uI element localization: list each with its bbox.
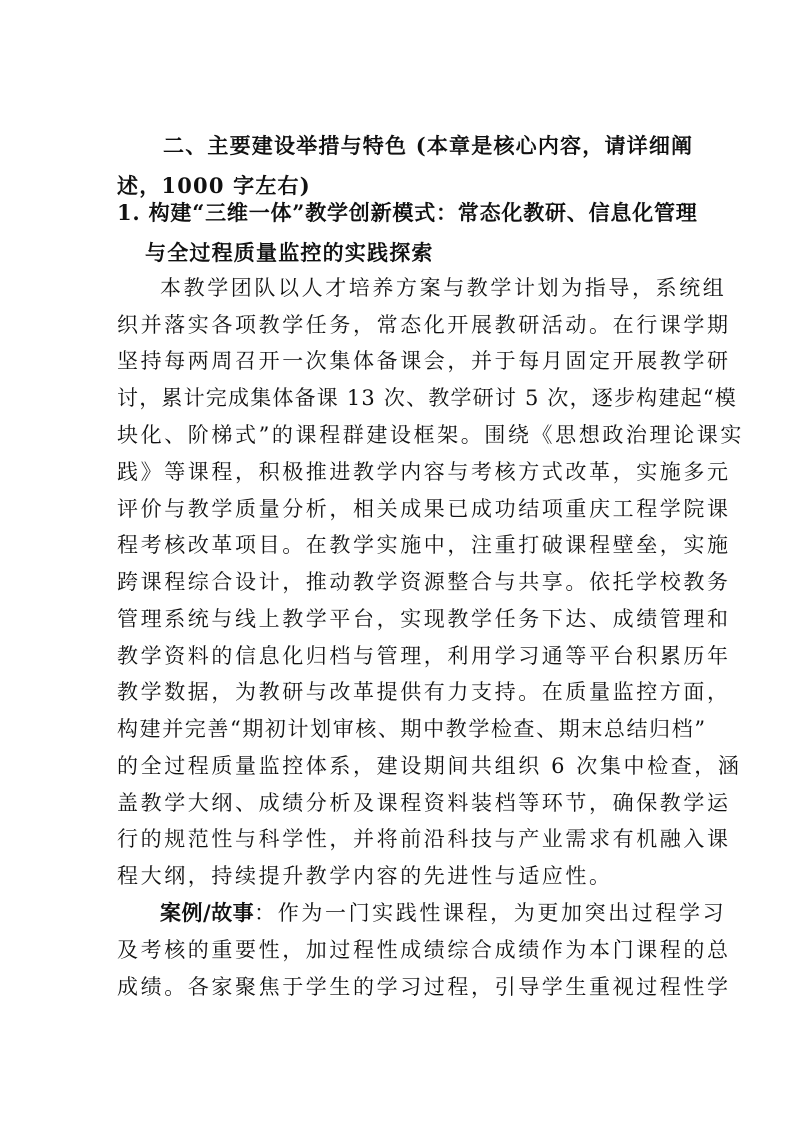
paragraph-line: 块化、阶梯式”的课程群建设框架。围绕《思想政治理论课实 (117, 422, 677, 448)
case-line: 及考核的重要性，加过程性成绩综合成绩作为本门课程的总 (117, 937, 677, 963)
paragraph-line: 构建并完善“期初计划审核、期中教学检查、期末总结归档” (117, 716, 677, 742)
paragraph-line: 评价与教学质量分析，相关成果已成功结项重庆工程学院课 (117, 496, 677, 522)
paragraph-line: 本教学团队以人才培养方案与教学计划为指导，系统组 (160, 275, 720, 301)
paragraph-line: 的全过程质量监控体系，建设期间共组织 6 次集中检查，涵 (117, 753, 677, 779)
paragraph-line: 管理系统与线上教学平台，实现教学任务下达、成绩管理和 (117, 606, 677, 632)
case-text: 作为一门实践性课程，为更加突出过程学习 (278, 901, 726, 925)
section-title-line-2: 与全过程质量监控的实践探索 (145, 240, 705, 266)
paragraph-line: 程大纲，持续提升教学内容的先进性与适应性。 (117, 863, 677, 889)
paragraph-line: 织并落实各项教学任务，常态化开展教研活动。在行课学期 (117, 312, 677, 338)
section-title-line-1: 1. 构建“三维一体”教学创新模式：常态化教研、信息化管理 (117, 200, 677, 226)
chapter-heading-line-2: 述，1000 字左右) (117, 173, 677, 199)
paragraph-line: 讨，累计完成集体备课 13 次、教学研讨 5 次，逐步构建起“模 (117, 385, 677, 411)
case-label: 案例/故事 (160, 900, 254, 925)
document-page: 二、主要建设举措与特色 (本章是核心内容，请详细阐 述，1000 字左右) 1.… (0, 0, 793, 1122)
case-line: 成绩。各家聚焦于学生的学习过程，引导学生重视过程性学 (117, 974, 677, 1000)
case-line-1: 案例/故事：作为一门实践性课程，为更加突出过程学习 (160, 900, 720, 926)
paragraph-line: 坚持每两周召开一次集体备课会，并于每月固定开展教学研 (117, 348, 677, 374)
paragraph-line: 跨课程综合设计，推动教学资源整合与共享。依托学校教务 (117, 569, 677, 595)
paragraph-line: 教学数据，为教研与改革提供有力支持。在质量监控方面， (117, 679, 677, 705)
paragraph-line: 行的规范性与科学性，并将前沿科技与产业需求有机融入课 (117, 826, 677, 852)
paragraph-line: 盖教学大纲、成绩分析及课程资料装档等环节，确保教学运 (117, 790, 677, 816)
chapter-heading-line-1: 二、主要建设举措与特色 (本章是核心内容，请详细阐 (163, 133, 683, 159)
case-colon: ： (254, 901, 278, 925)
paragraph-line: 程考核改革项目。在教学实施中，注重打破课程壁垒，实施 (117, 532, 677, 558)
paragraph-line: 教学资料的信息化归档与管理，利用学习通等平台积累历年 (117, 643, 677, 669)
paragraph-line: 践》等课程，积极推进教学内容与考核方式改革，实施多元 (117, 459, 677, 485)
